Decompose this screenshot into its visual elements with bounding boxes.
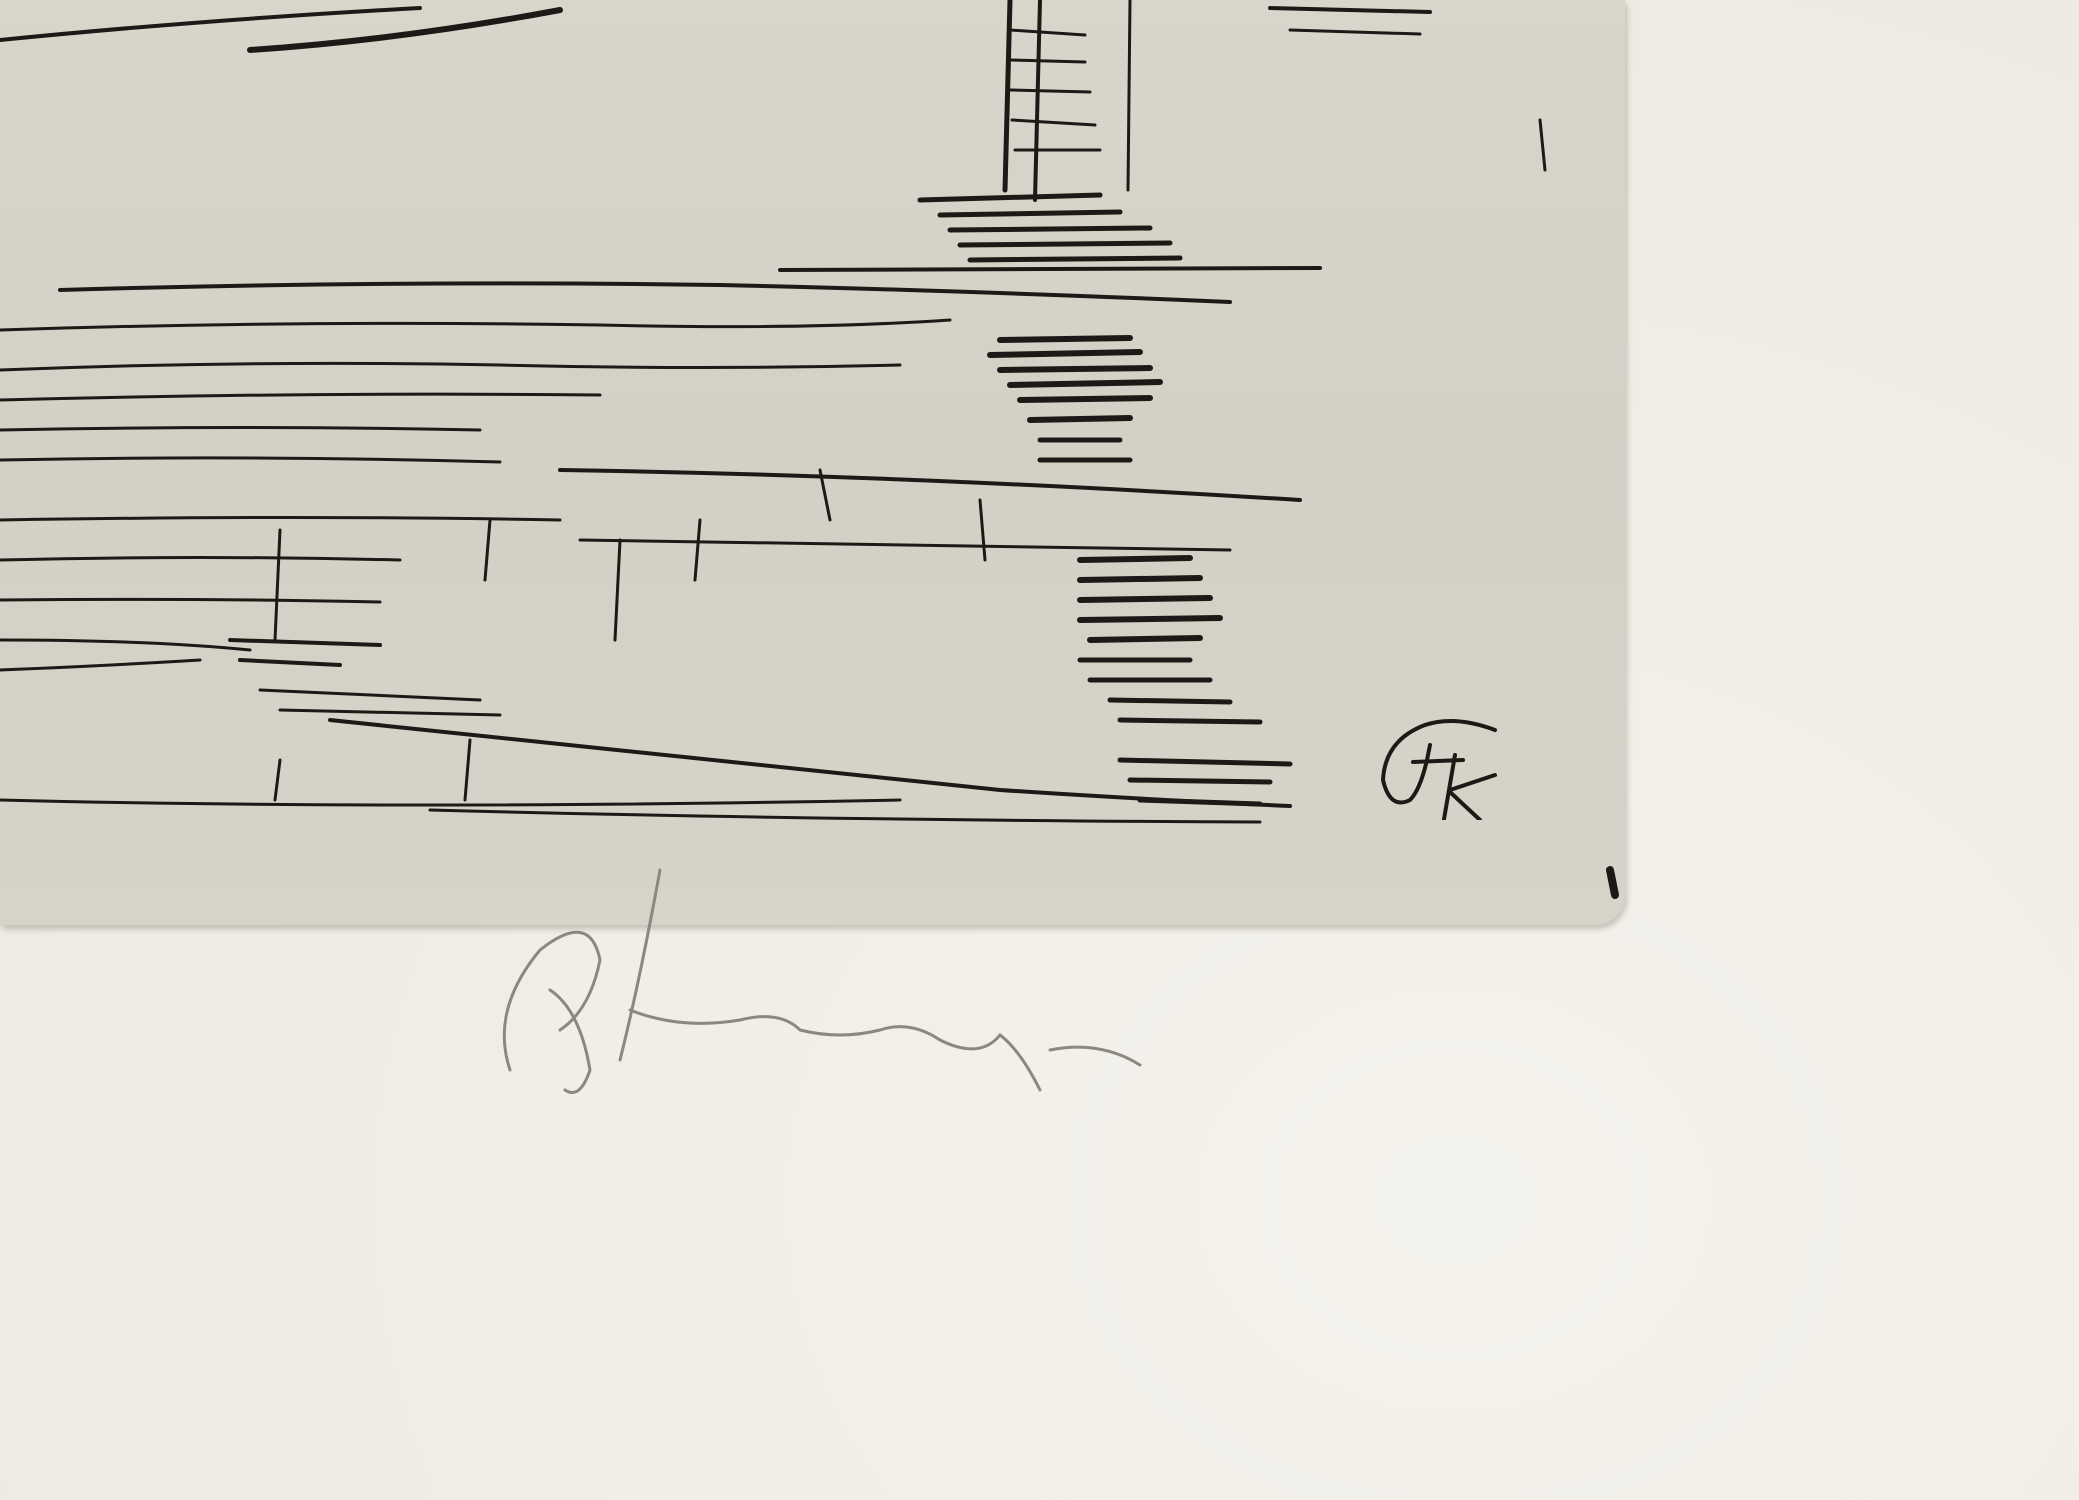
fk-monogram: FK	[1355, 700, 1515, 820]
pencil-signature	[480, 830, 1640, 1120]
svg-text:FK: FK	[1355, 700, 1379, 704]
